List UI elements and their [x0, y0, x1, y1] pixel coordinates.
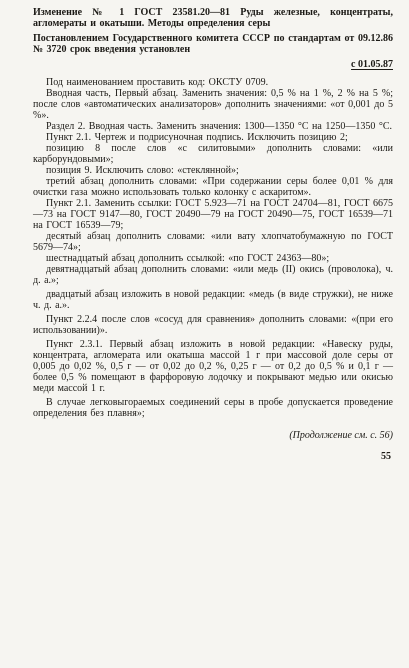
body-paragraph: третий абзац дополнить словами: «При сод… — [33, 176, 393, 198]
body-paragraph: Раздел 2. Вводная часть. Заменить значен… — [33, 121, 393, 132]
document-page: Изменение № 1 ГОСТ 23581.20—81 Руды желе… — [0, 0, 409, 668]
body-paragraph: позиция 9. Исключить слово: «стеклянной»… — [33, 165, 393, 176]
decree-text: Постановлением Государственного комитета… — [33, 33, 393, 55]
page-number: 55 — [33, 451, 393, 462]
document-content: Изменение № 1 ГОСТ 23581.20—81 Руды желе… — [0, 0, 409, 462]
body-paragraph: девятнадцатый абзац дополнить словами: «… — [33, 264, 393, 286]
body-paragraph: Под наименованием проставить код: ОКСТУ … — [33, 77, 393, 88]
body-paragraph: Пункт 2.1. Заменить ссылки: ГОСТ 5.923—7… — [33, 198, 393, 231]
effective-date-value: с 01.05.87 — [351, 59, 393, 70]
body-paragraph: Пункт 2.1. Чертеж и подрисуночная подпис… — [33, 132, 393, 143]
body-paragraph: десятый абзац дополнить словами: «или ва… — [33, 231, 393, 253]
body-paragraph: шестнадцатый абзац дополнить ссылкой: «п… — [33, 253, 393, 264]
document-body: Под наименованием проставить код: ОКСТУ … — [33, 77, 393, 419]
body-paragraph: В случае легковыгораемых соединений серы… — [33, 397, 393, 419]
body-paragraph: Пункт 2.2.4 после слов «сосуд для сравне… — [33, 314, 393, 336]
body-paragraph: двадцатый абзац изложить в новой редакци… — [33, 289, 393, 311]
effective-date-line: с 01.05.87 — [33, 59, 393, 70]
body-paragraph: Вводная часть, Первый абзац. Заменить зн… — [33, 88, 393, 121]
continuation-note: (Продолжение см. с. 56) — [33, 430, 393, 441]
body-paragraph: позицию 8 после слов «с силитовыми» допо… — [33, 143, 393, 165]
body-paragraph: Пункт 2.3.1. Первый абзац изложить в нов… — [33, 339, 393, 394]
amendment-title: Изменение № 1 ГОСТ 23581.20—81 Руды желе… — [33, 7, 393, 29]
